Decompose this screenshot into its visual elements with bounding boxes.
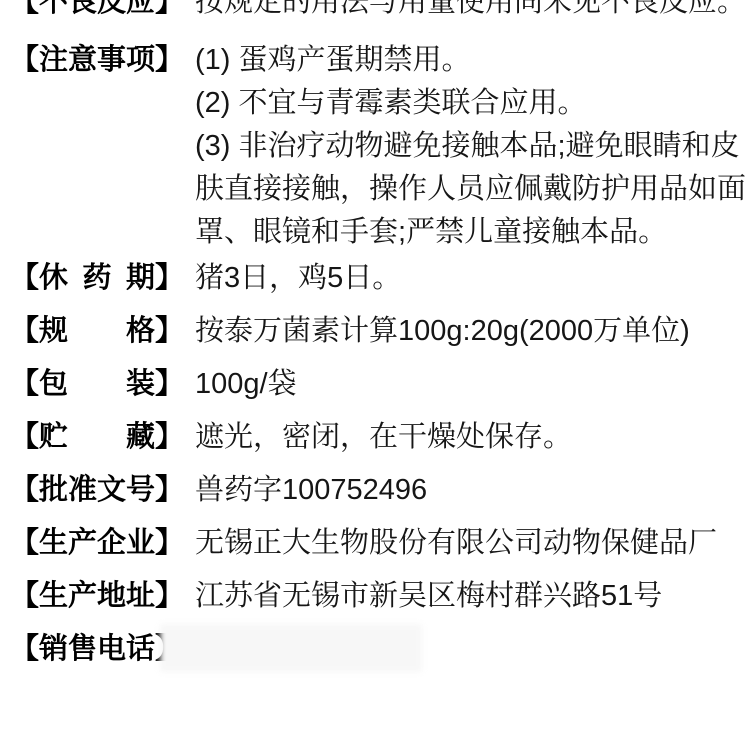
value-storage: 遮光，密闭，在干燥处保存。 — [184, 421, 748, 454]
field-row-storage: 【贮 藏】 遮光，密闭，在干燥处保存。 — [10, 421, 748, 454]
label-sales-phone: 【销售电话】 — [10, 633, 184, 666]
field-row-approval-number: 【批准文号】 兽药字100752496 — [10, 474, 748, 507]
field-row-manufacturer-address: 【生产地址】 江苏省无锡市新吴区梅村群兴路51号 — [10, 580, 748, 613]
label-specification: 【规 格】 — [10, 315, 184, 348]
field-row-sales-phone: 【销售电话】 — [10, 633, 748, 666]
value-specification: 按泰万菌素计算100g:20g(2000万单位) — [184, 315, 748, 348]
drug-label-document: 【不良反应】 按规定的用法与用量使用尚未见不良反应。 【注意事项】 (1) 蛋鸡… — [10, 0, 748, 686]
field-row-manufacturer: 【生产企业】 无锡正大生物股份有限公司动物保健品厂 — [10, 527, 748, 560]
label-manufacturer-address: 【生产地址】 — [10, 580, 184, 613]
label-packaging: 【包 装】 — [10, 368, 184, 401]
value-manufacturer-address: 江苏省无锡市新吴区梅村群兴路51号 — [184, 580, 748, 613]
value-approval-number: 兽药字100752496 — [184, 474, 748, 507]
precaution-item-2: (2) 不宜与青霉素类联合应用。 — [195, 82, 748, 125]
value-packaging: 100g/袋 — [184, 368, 748, 401]
field-row-specification: 【规 格】 按泰万菌素计算100g:20g(2000万单位) — [10, 315, 748, 348]
value-adverse-reactions: 按规定的用法与用量使用尚未见不良反应。 — [184, 0, 748, 19]
field-row-adverse-reactions: 【不良反应】 按规定的用法与用量使用尚未见不良反应。 — [10, 0, 748, 19]
precaution-item-1: (1) 蛋鸡产蛋期禁用。 — [195, 39, 748, 82]
field-row-packaging: 【包 装】 100g/袋 — [10, 368, 748, 401]
label-precautions: 【注意事项】 — [10, 39, 184, 82]
label-storage: 【贮 藏】 — [10, 421, 184, 454]
field-row-precautions: 【注意事项】 (1) 蛋鸡产蛋期禁用。 (2) 不宜与青霉素类联合应用。 (3)… — [10, 39, 748, 254]
field-row-withdrawal-period: 【休 药 期】 猪3日，鸡5日。 — [10, 262, 748, 295]
label-adverse-reactions: 【不良反应】 — [10, 0, 184, 19]
value-manufacturer: 无锡正大生物股份有限公司动物保健品厂 — [184, 527, 748, 560]
label-withdrawal-period: 【休 药 期】 — [10, 262, 184, 295]
value-precautions: (1) 蛋鸡产蛋期禁用。 (2) 不宜与青霉素类联合应用。 (3) 非治疗动物避… — [184, 39, 748, 254]
label-approval-number: 【批准文号】 — [10, 474, 184, 507]
value-withdrawal-period: 猪3日，鸡5日。 — [184, 262, 748, 295]
precaution-item-3: (3) 非治疗动物避免接触本品;避免眼睛和皮肤直接接触，操作人员应佩戴防护用品如… — [195, 125, 748, 254]
label-manufacturer: 【生产企业】 — [10, 527, 184, 560]
